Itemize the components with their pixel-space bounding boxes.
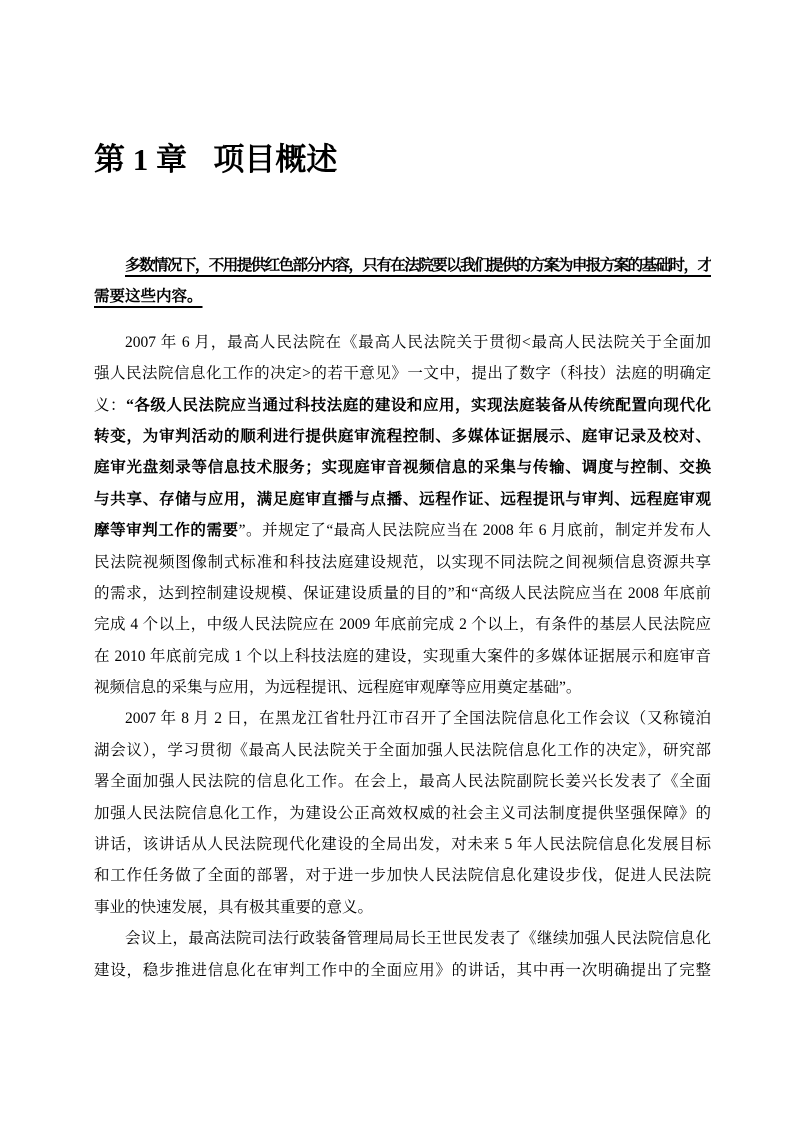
text-run: 与共享、存储与应用，满足庭审直播与点播、远程作证、远程提讯与审判、远程庭审观	[94, 491, 711, 508]
text-line: 事业的快速发展，具有极其重要的意义。	[94, 892, 711, 923]
text-line: 多数情况下，不用提供红色部分内容，只有在法院要以我们提供的方案为申报方案的基础时…	[94, 250, 711, 281]
body-paragraph-1: 2007 年 6 月，最高人民法院在《最高人民法院关于贯彻<最高人民法院关于全面…	[94, 327, 711, 704]
text-run: 多数情况下，不用提供红色部分内容，只有在法院要以我们提供的方案为申报方案的基础时…	[125, 257, 711, 274]
text-line: 2007 年 6 月，最高人民法院在《最高人民法院关于贯彻<最高人民法院关于全面…	[94, 327, 711, 358]
text-line: 强人民法院信息化工作的决定>的若干意见》一文中，提出了数字（科技）法庭的明确定	[94, 358, 711, 389]
text-line: 视频信息的采集与应用，为远程提讯、远程庭审观摩等应用奠定基础”。	[94, 672, 711, 703]
text-run: ”。并规定了“最高人民法院应当在 2008 年 6 月底前，制定并发布人	[239, 522, 711, 539]
text-line: 署全面加强人民法院的信息化工作。在会上，最高人民法院副院长姜兴长发表了《全面	[94, 766, 711, 797]
text-run: 事业的快速发展，具有极其重要的意义。	[94, 899, 373, 916]
text-run: 署全面加强人民法院的信息化工作。在会上，最高人民法院副院长姜兴长发表了《全面	[94, 773, 711, 790]
chapter-name-label: 项目概述	[213, 142, 337, 177]
text-run: 的需求，达到控制建设规模、保证建设质量的目的”和“高级人民法院应当在 2008 …	[94, 585, 711, 602]
text-line: 建设，稳步推进信息化在审判工作中的全面应用》的讲话，其中再一次明确提出了完整	[94, 955, 711, 986]
chapter-number-label: 第 1 章	[94, 142, 187, 177]
document-body: 多数情况下，不用提供红色部分内容，只有在法院要以我们提供的方案为申报方案的基础时…	[94, 250, 711, 986]
text-run: 视频信息的采集与应用，为远程提讯、远程庭审观摩等应用奠定基础”。	[94, 679, 581, 696]
text-run: 摩等审判工作的需要	[94, 522, 239, 539]
text-run: 完成 4 个以上，中级人民法院应在 2009 年底前完成 2 个以上，有条件的基…	[94, 616, 711, 633]
text-run: 民法院视频图像制式标准和科技法庭建设规范，以实现不同法院之间视频信息资源共享	[94, 554, 711, 571]
text-run: 义：	[94, 397, 126, 414]
text-line: 民法院视频图像制式标准和科技法庭建设规范，以实现不同法院之间视频信息资源共享	[94, 547, 711, 578]
text-line: 转变，为审判活动的顺利进行提供庭审流程控制、多媒体证据展示、庭审记录及校对、	[94, 421, 711, 452]
text-line: 完成 4 个以上，中级人民法院应在 2009 年底前完成 2 个以上，有条件的基…	[94, 609, 711, 640]
text-run: 庭审光盘刻录等信息技术服务；实现庭审音视频信息的采集与传输、调度与控制、交换	[94, 459, 711, 476]
text-run: 会议上，最高法院司法行政装备管理局局长王世民发表了《继续加强人民法院信息化	[125, 930, 711, 947]
body-paragraph-2: 2007 年 8 月 2 日，在黑龙江省牡丹江市召开了全国法院信息化工作会议（又…	[94, 703, 711, 923]
text-run: 需要这些内容。	[94, 288, 203, 305]
text-line: 的需求，达到控制建设规模、保证建设质量的目的”和“高级人民法院应当在 2008 …	[94, 578, 711, 609]
text-run: 加强人民法院信息化工作，为建设公正高效权威的社会主义司法制度提供坚强保障》的	[94, 805, 711, 822]
text-run: 2007 年 6 月，最高人民法院在《最高人民法院关于贯彻<最高人民法院关于全面…	[125, 334, 711, 351]
text-line: 义：“各级人民法院应当通过科技法庭的建设和应用，实现法庭装备从传统配置向现代化	[94, 390, 711, 421]
text-line: 与共享、存储与应用，满足庭审直播与点播、远程作证、远程提讯与审判、远程庭审观	[94, 484, 711, 515]
text-run: 和工作任务做了全面的部署，对于进一步加快人民法院信息化建设步伐，促进人民法院	[94, 867, 711, 884]
chapter-title: 第 1 章项目概述	[94, 139, 711, 181]
text-line: 庭审光盘刻录等信息技术服务；实现庭审音视频信息的采集与传输、调度与控制、交换	[94, 452, 711, 483]
text-line: 在 2010 年底前完成 1 个以上科技法庭的建设，实现重大案件的多媒体证据展示…	[94, 641, 711, 672]
note-paragraph: 多数情况下，不用提供红色部分内容，只有在法院要以我们提供的方案为申报方案的基础时…	[94, 250, 711, 313]
text-line: 2007 年 8 月 2 日，在黑龙江省牡丹江市召开了全国法院信息化工作会议（又…	[94, 703, 711, 734]
document-page: 第 1 章项目概述 多数情况下，不用提供红色部分内容，只有在法院要以我们提供的方…	[0, 0, 793, 1122]
text-run: 在 2010 年底前完成 1 个以上科技法庭的建设，实现重大案件的多媒体证据展示…	[94, 648, 711, 665]
text-run: 转变，为审判活动的顺利进行提供庭审流程控制、多媒体证据展示、庭审记录及校对、	[94, 428, 711, 445]
text-line: 会议上，最高法院司法行政装备管理局局长王世民发表了《继续加强人民法院信息化	[94, 923, 711, 954]
text-line: 湖会议），学习贯彻《最高人民法院关于全面加强人民法院信息化工作的决定》，研究部	[94, 735, 711, 766]
text-line: 和工作任务做了全面的部署，对于进一步加快人民法院信息化建设步伐，促进人民法院	[94, 860, 711, 891]
text-run: 湖会议），学习贯彻《最高人民法院关于全面加强人民法院信息化工作的决定》，研究部	[94, 742, 711, 759]
text-run: “各级人民法院应当通过科技法庭的建设和应用，实现法庭装备从传统配置向现代化	[126, 397, 711, 414]
text-run: 建设，稳步推进信息化在审判工作中的全面应用》的讲话，其中再一次明确提出了完整	[94, 962, 711, 979]
body-paragraph-3: 会议上，最高法院司法行政装备管理局局长王世民发表了《继续加强人民法院信息化建设，…	[94, 923, 711, 986]
text-line: 摩等审判工作的需要”。并规定了“最高人民法院应当在 2008 年 6 月底前，制…	[94, 515, 711, 546]
text-run: 强人民法院信息化工作的决定>的若干意见》一文中，提出了数字（科技）法庭的明确定	[94, 365, 711, 382]
text-run: 讲话，该讲话从人民法院现代化建设的全局出发，对未来 5 年人民法院信息化发展目标	[94, 836, 711, 853]
text-line: 需要这些内容。	[94, 281, 711, 312]
text-line: 加强人民法院信息化工作，为建设公正高效权威的社会主义司法制度提供坚强保障》的	[94, 798, 711, 829]
text-run: 2007 年 8 月 2 日，在黑龙江省牡丹江市召开了全国法院信息化工作会议（又…	[125, 710, 711, 727]
text-line: 讲话，该讲话从人民法院现代化建设的全局出发，对未来 5 年人民法院信息化发展目标	[94, 829, 711, 860]
